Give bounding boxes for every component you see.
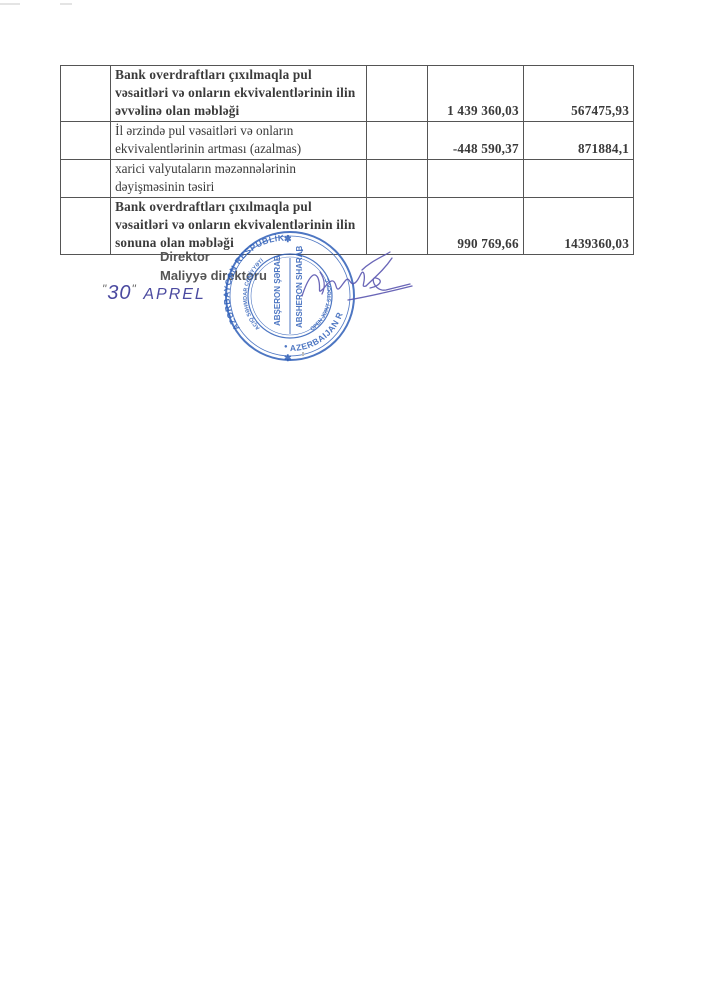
previous-year-value [523, 160, 633, 198]
date-day: 30 [107, 282, 131, 304]
note-cell [366, 198, 427, 255]
scan-artifact [0, 3, 20, 5]
row-index-cell [61, 66, 111, 122]
table-row: xarici valyutaların məzənnələrinin dəyiş… [61, 160, 634, 198]
note-cell [366, 122, 427, 160]
svg-text:●: ● [284, 344, 288, 350]
date-month: APREL [143, 286, 205, 303]
current-year-value: -448 590,37 [427, 122, 523, 160]
svg-text:✱: ✱ [284, 353, 292, 363]
current-year-value [427, 160, 523, 198]
row-label: xarici valyutaların məzənnələrinin dəyiş… [111, 160, 366, 198]
close-quote: " [132, 282, 137, 296]
svg-text:✱: ✱ [284, 234, 292, 244]
row-index-cell [61, 122, 111, 160]
current-year-value: 990 769,66 [427, 198, 523, 255]
note-cell [366, 160, 427, 198]
row-label: İl ərzində pul vəsaitləri və onların ekv… [111, 122, 366, 160]
director-label: Direktor [160, 249, 210, 264]
svg-text:ABŞERON ŞƏRAB: ABŞERON ŞƏRAB [273, 255, 282, 326]
scan-artifact [60, 3, 72, 5]
signature-icon [300, 248, 420, 308]
row-index-cell [61, 160, 111, 198]
scan-artifact [302, 352, 304, 356]
table-row: İl ərzində pul vəsaitləri və onların ekv… [61, 122, 634, 160]
table-row: Bank overdraftları çıxılmaqla pul vəsait… [61, 66, 634, 122]
cash-flow-table: Bank overdraftları çıxılmaqla pul vəsait… [60, 65, 634, 255]
note-cell [366, 66, 427, 122]
current-year-value: 1 439 360,03 [427, 66, 523, 122]
row-label: Bank overdraftları çıxılmaqla pul vəsait… [111, 66, 366, 122]
svg-text:AÇIQ SƏHMDAR CƏMİYYƏTİ: AÇIQ SƏHMDAR CƏMİYYƏTİ [243, 257, 266, 331]
previous-year-value: 1439360,03 [523, 198, 633, 255]
row-index-cell [61, 198, 111, 255]
signing-date: "30" APREL [102, 282, 206, 305]
previous-year-value: 871884,1 [523, 122, 633, 160]
previous-year-value: 567475,93 [523, 66, 633, 122]
